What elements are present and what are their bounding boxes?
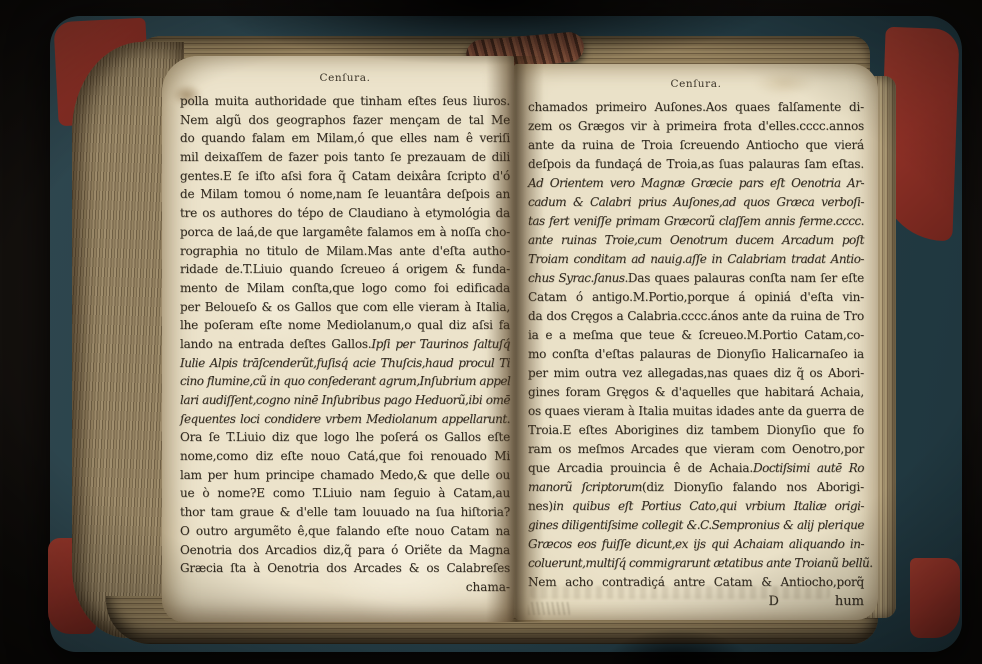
running-header-right: Cenſura. — [528, 76, 864, 92]
text-segment: O outro argumẽto ê,que falando eſte nouo… — [180, 524, 510, 538]
text-segment: polla muita authoridade que tinham eſtes… — [180, 94, 510, 108]
italic-text-segment: Græcos eos fuiſſe dicunt,ex ijs qui Acha… — [528, 537, 864, 551]
text-line: chamados primeiro Auſones.Aos quaes falſ… — [528, 98, 864, 117]
text-line: gines diligentiſsime collegit &.C.Sempro… — [528, 516, 864, 535]
text-line: do quando falam em Milam,ó que elles nam… — [180, 129, 510, 148]
italic-text-segment: lari audiſſent,cogno ninē Inſubribus pag… — [180, 393, 510, 407]
text-segment: porca de laá,de que largamête falamos em… — [180, 225, 510, 239]
italic-text-segment: chus Syrac.ſanus. — [528, 271, 628, 285]
text-line: tre os authores do tépo de Claudiano à e… — [180, 204, 510, 223]
text-line: da dos Cręgos a Calabria.cccc.ános ante … — [528, 307, 864, 326]
italic-text-segment: ante ruinas Troie,cum Oenotrum ducem Arc… — [528, 233, 864, 247]
italic-text-segment: tas fert veniſſe primam Græcorũ claſſem … — [528, 214, 864, 228]
text-line: que Arcadia prouincia ê de Achaia.Doctiſ… — [528, 459, 864, 478]
text-segment: per mim outra vez allegadas,nas quaes di… — [528, 366, 864, 380]
text-line: Ad Orientem vero Magnæ Græcie pars eſt O… — [528, 174, 864, 193]
text-line: Græcos eos fuiſſe dicunt,ex ijs qui Acha… — [528, 535, 864, 554]
text-line: ante ruinas Troie,cum Oenotrum ducem Arc… — [528, 231, 864, 250]
text-segment: Oenotria dos Arcadios diz,q̃ para ó Oriẽ… — [180, 543, 510, 557]
text-segment: lando na entrada deſtes Gallos. — [180, 337, 371, 351]
text-segment: rographia no titulo de Milam.Mas ante d'… — [180, 244, 510, 258]
text-line: zem os Grægos vir à primeira frota d'ell… — [528, 117, 864, 136]
text-line: os quaes vieram à Italia muitas idades a… — [528, 402, 864, 421]
faded-handwritten-mark — [528, 602, 570, 615]
text-segment: Das quaes palauras conſta nam ſer eſte — [628, 271, 864, 285]
text-line: gentes.E ſe iſto aſsi fora q̃ Catam deix… — [180, 167, 510, 186]
italic-text-segment: manorũ ſcriptorum — [528, 480, 642, 494]
text-line: cadum & Calabri prius Auſones,ad quos Gr… — [528, 193, 864, 212]
right-page-text-block: Cenſura. chamados primeiro Auſones.Aos q… — [528, 76, 864, 612]
left-page-lines: polla muita authoridade que tinham eſtes… — [180, 92, 510, 578]
text-line: polla muita authoridade que tinham eſtes… — [180, 92, 510, 111]
text-line: deſpois da fundaçá de Troia,as ſuas pala… — [528, 155, 864, 174]
text-line: Oenotria dos Arcadios diz,q̃ para ó Oriẽ… — [180, 541, 510, 560]
italic-text-segment: Troiam conditam ad nauig.aſſe in Calabri… — [528, 252, 864, 266]
text-line: Catam ó antigo.M.Portio,porque á opiniá … — [528, 288, 864, 307]
text-line: lhe poſeram eſte nome Mediolanum,o qual … — [180, 316, 510, 335]
italic-text-segment: cadum & Calabri prius Auſones,ad quos Gr… — [528, 195, 864, 209]
text-line: mo conſta d'eſtas palauras de Dionyſio H… — [528, 345, 864, 364]
text-segment: tre os authores do tépo de Claudiano à e… — [180, 206, 510, 220]
text-segment: gines foram Gręgos & d'aquelles que habi… — [528, 385, 864, 399]
running-header-left: Cenſura. — [180, 70, 510, 86]
text-segment: de Milam tomou ó nome,nam ſe leuantâra d… — [180, 187, 510, 201]
text-line: ſequentes loci condidere vrbem Mediolanu… — [180, 410, 510, 429]
text-line: cino flumine,cũ in quo conſederant agrum… — [180, 372, 510, 391]
text-line: manorũ ſcriptorum(diz Dionyſio falando n… — [528, 478, 864, 497]
text-segment: Catam ó antigo.M.Portio,porque á opiniá … — [528, 290, 864, 304]
text-segment: (diz Dionyſio falando nos Aborigi- — [642, 480, 864, 494]
text-line: mento de Milam conſta,que logo como foi … — [180, 279, 510, 298]
italic-text-segment: in quibus eſt Portius Cato,qui vrbium It… — [553, 499, 864, 513]
text-segment: os quaes vieram à Italia muitas idades a… — [528, 404, 864, 418]
text-line: Troiam conditam ad nauig.aſſe in Calabri… — [528, 250, 864, 269]
text-segment: ia e a meſma que teue & ſcreueo.M.Portio… — [528, 328, 864, 342]
text-line: ridade de.T.Liuio quando ſcreueo á orige… — [180, 260, 510, 279]
text-line: mil deixaſſem de fazer pois tanto ſe pre… — [180, 148, 510, 167]
text-segment: da dos Cręgos a Calabria.cccc.ános ante … — [528, 309, 864, 323]
text-line: Græcia ſta à Oenotria dos Arcades & os C… — [180, 559, 510, 578]
italic-text-segment: cino flumine,cũ in quo conſederant agrum… — [180, 374, 510, 388]
ink-showthrough — [530, 586, 830, 599]
text-line: per mim outra vez allegadas,nas quaes di… — [528, 364, 864, 383]
book-photograph: { "book": { "colors": { "background": "#… — [0, 0, 982, 664]
text-line: O outro argumẽto ê,que falando eſte nouo… — [180, 522, 510, 541]
italic-text-segment: gines diligentiſsime collegit &.C.Sempro… — [528, 518, 864, 532]
right-page-lines: chamados primeiro Auſones.Aos quaes falſ… — [528, 98, 864, 592]
text-segment: mil deixaſſem de fazer pois tanto ſe pre… — [180, 150, 510, 164]
text-segment: Troia.E eſtes Aborigines diz tambem Dion… — [528, 423, 864, 437]
text-line: de Milam tomou ó nome,nam ſe leuantâra d… — [180, 185, 510, 204]
text-line: Troia.E eſtes Aborigines diz tambem Dion… — [528, 421, 864, 440]
text-segment: ue ò nome?E como T.Liuio nam ſeguio à Ca… — [180, 486, 510, 500]
text-line: Iulie Alpis trāſcenderũt,fuſisq́ acie Th… — [180, 354, 510, 373]
text-segment: Græcia ſta à Oenotria dos Arcades & os C… — [180, 561, 510, 575]
text-segment: ridade de.T.Liuio quando ſcreueo á orige… — [180, 262, 510, 276]
text-line: lari audiſſent,cogno ninē Inſubribus pag… — [180, 391, 510, 410]
text-segment: per Beloueſo & os Gallos que com elle vi… — [180, 300, 510, 314]
italic-text-segment: ſequentes loci condidere vrbem Mediolanu… — [180, 412, 510, 426]
leather-corner-bottom-right — [910, 558, 960, 638]
text-line: ia e a meſma que teue & ſcreueo.M.Portio… — [528, 326, 864, 345]
text-segment: zem os Grægos vir à primeira frota d'ell… — [528, 119, 864, 133]
catchword-left: chama- — [180, 578, 510, 597]
catchword-right: hum — [835, 592, 864, 612]
italic-text-segment: Doctiſsimi autē Ro — [753, 461, 864, 475]
text-segment: nes) — [528, 499, 553, 513]
text-segment: gentes.E ſe iſto aſsi fora q̃ Catam deix… — [180, 169, 510, 183]
text-line: per Beloueſo & os Gallos que com elle vi… — [180, 298, 510, 317]
text-line: Ora ſe T.Liuio diz que logo lhe poſerá o… — [180, 428, 510, 447]
text-line: rographia no titulo de Milam.Mas ante d'… — [180, 242, 510, 261]
italic-text-segment: coluerunt,multiſq́ commigrarunt ætatibus… — [528, 556, 873, 570]
text-segment: do quando falam em Milam,ó que elles nam… — [180, 131, 510, 145]
text-line: coluerunt,multiſq́ commigrarunt ætatibus… — [528, 554, 864, 573]
text-segment: lhe poſeram eſte nome Mediolanum,o qual … — [180, 318, 510, 332]
text-segment: que Arcadia prouincia ê de Achaia. — [528, 461, 753, 475]
text-line: lando na entrada deſtes Gallos.Ipſi per … — [180, 335, 510, 354]
italic-text-segment: Ad Orientem vero Magnæ Græcie pars eſt O… — [528, 176, 864, 190]
text-line: ram os meſmos Arcades que vieram com Oen… — [528, 440, 864, 459]
text-segment: thor tam graue & d'elle tam louuado na ſ… — [180, 505, 510, 519]
text-line: ue ò nome?E como T.Liuio nam ſeguio à Ca… — [180, 484, 510, 503]
text-segment: chamados primeiro Auſones.Aos quaes falſ… — [528, 100, 864, 114]
text-segment: Ora ſe T.Liuio diz que logo lhe poſerá o… — [180, 430, 510, 444]
text-line: ante da ruina de Troia ſcreuendo Antioch… — [528, 136, 864, 155]
text-line: thor tam graue & d'elle tam louuado na ſ… — [180, 503, 510, 522]
text-line: Nem algũ dos geographos fazer mençam de … — [180, 111, 510, 130]
text-segment: mo conſta d'eſtas palauras de Dionyſio H… — [528, 347, 864, 361]
text-segment: mento de Milam conſta,que logo como foi … — [180, 281, 510, 295]
text-segment: ante da ruina de Troia ſcreuendo Antioch… — [528, 138, 864, 152]
text-segment: nome,como diz eſte nouo Catá,que foi ren… — [180, 449, 510, 463]
text-segment: lam per hum principe chamado Medo,& que … — [180, 468, 510, 482]
text-segment: deſpois da fundaçá de Troia,as ſuas pala… — [528, 157, 864, 171]
italic-text-segment: Iulie Alpis trāſcenderũt,fuſisq́ acie Th… — [180, 356, 510, 370]
text-line: gines foram Gręgos & d'aquelles que habi… — [528, 383, 864, 402]
left-page-text-block: Cenſura. polla muita authoridade que tin… — [180, 70, 510, 597]
text-line: nome,como diz eſte nouo Catá,que foi ren… — [180, 447, 510, 466]
text-segment: Nem algũ dos geographos fazer mençam de … — [180, 113, 510, 127]
text-line: lam per hum principe chamado Medo,& que … — [180, 466, 510, 485]
text-line: porca de laá,de que largamête falamos em… — [180, 223, 510, 242]
text-line: nes)in quibus eſt Portius Cato,qui vrbiu… — [528, 497, 864, 516]
italic-text-segment: Ipſi per Taurinos ſaltuſq́ — [371, 337, 510, 351]
text-line: tas fert veniſſe primam Græcorũ claſſem … — [528, 212, 864, 231]
text-segment: ram os meſmos Arcades que vieram com Oen… — [528, 442, 864, 456]
text-line: chus Syrac.ſanus.Das quaes palauras conſ… — [528, 269, 864, 288]
